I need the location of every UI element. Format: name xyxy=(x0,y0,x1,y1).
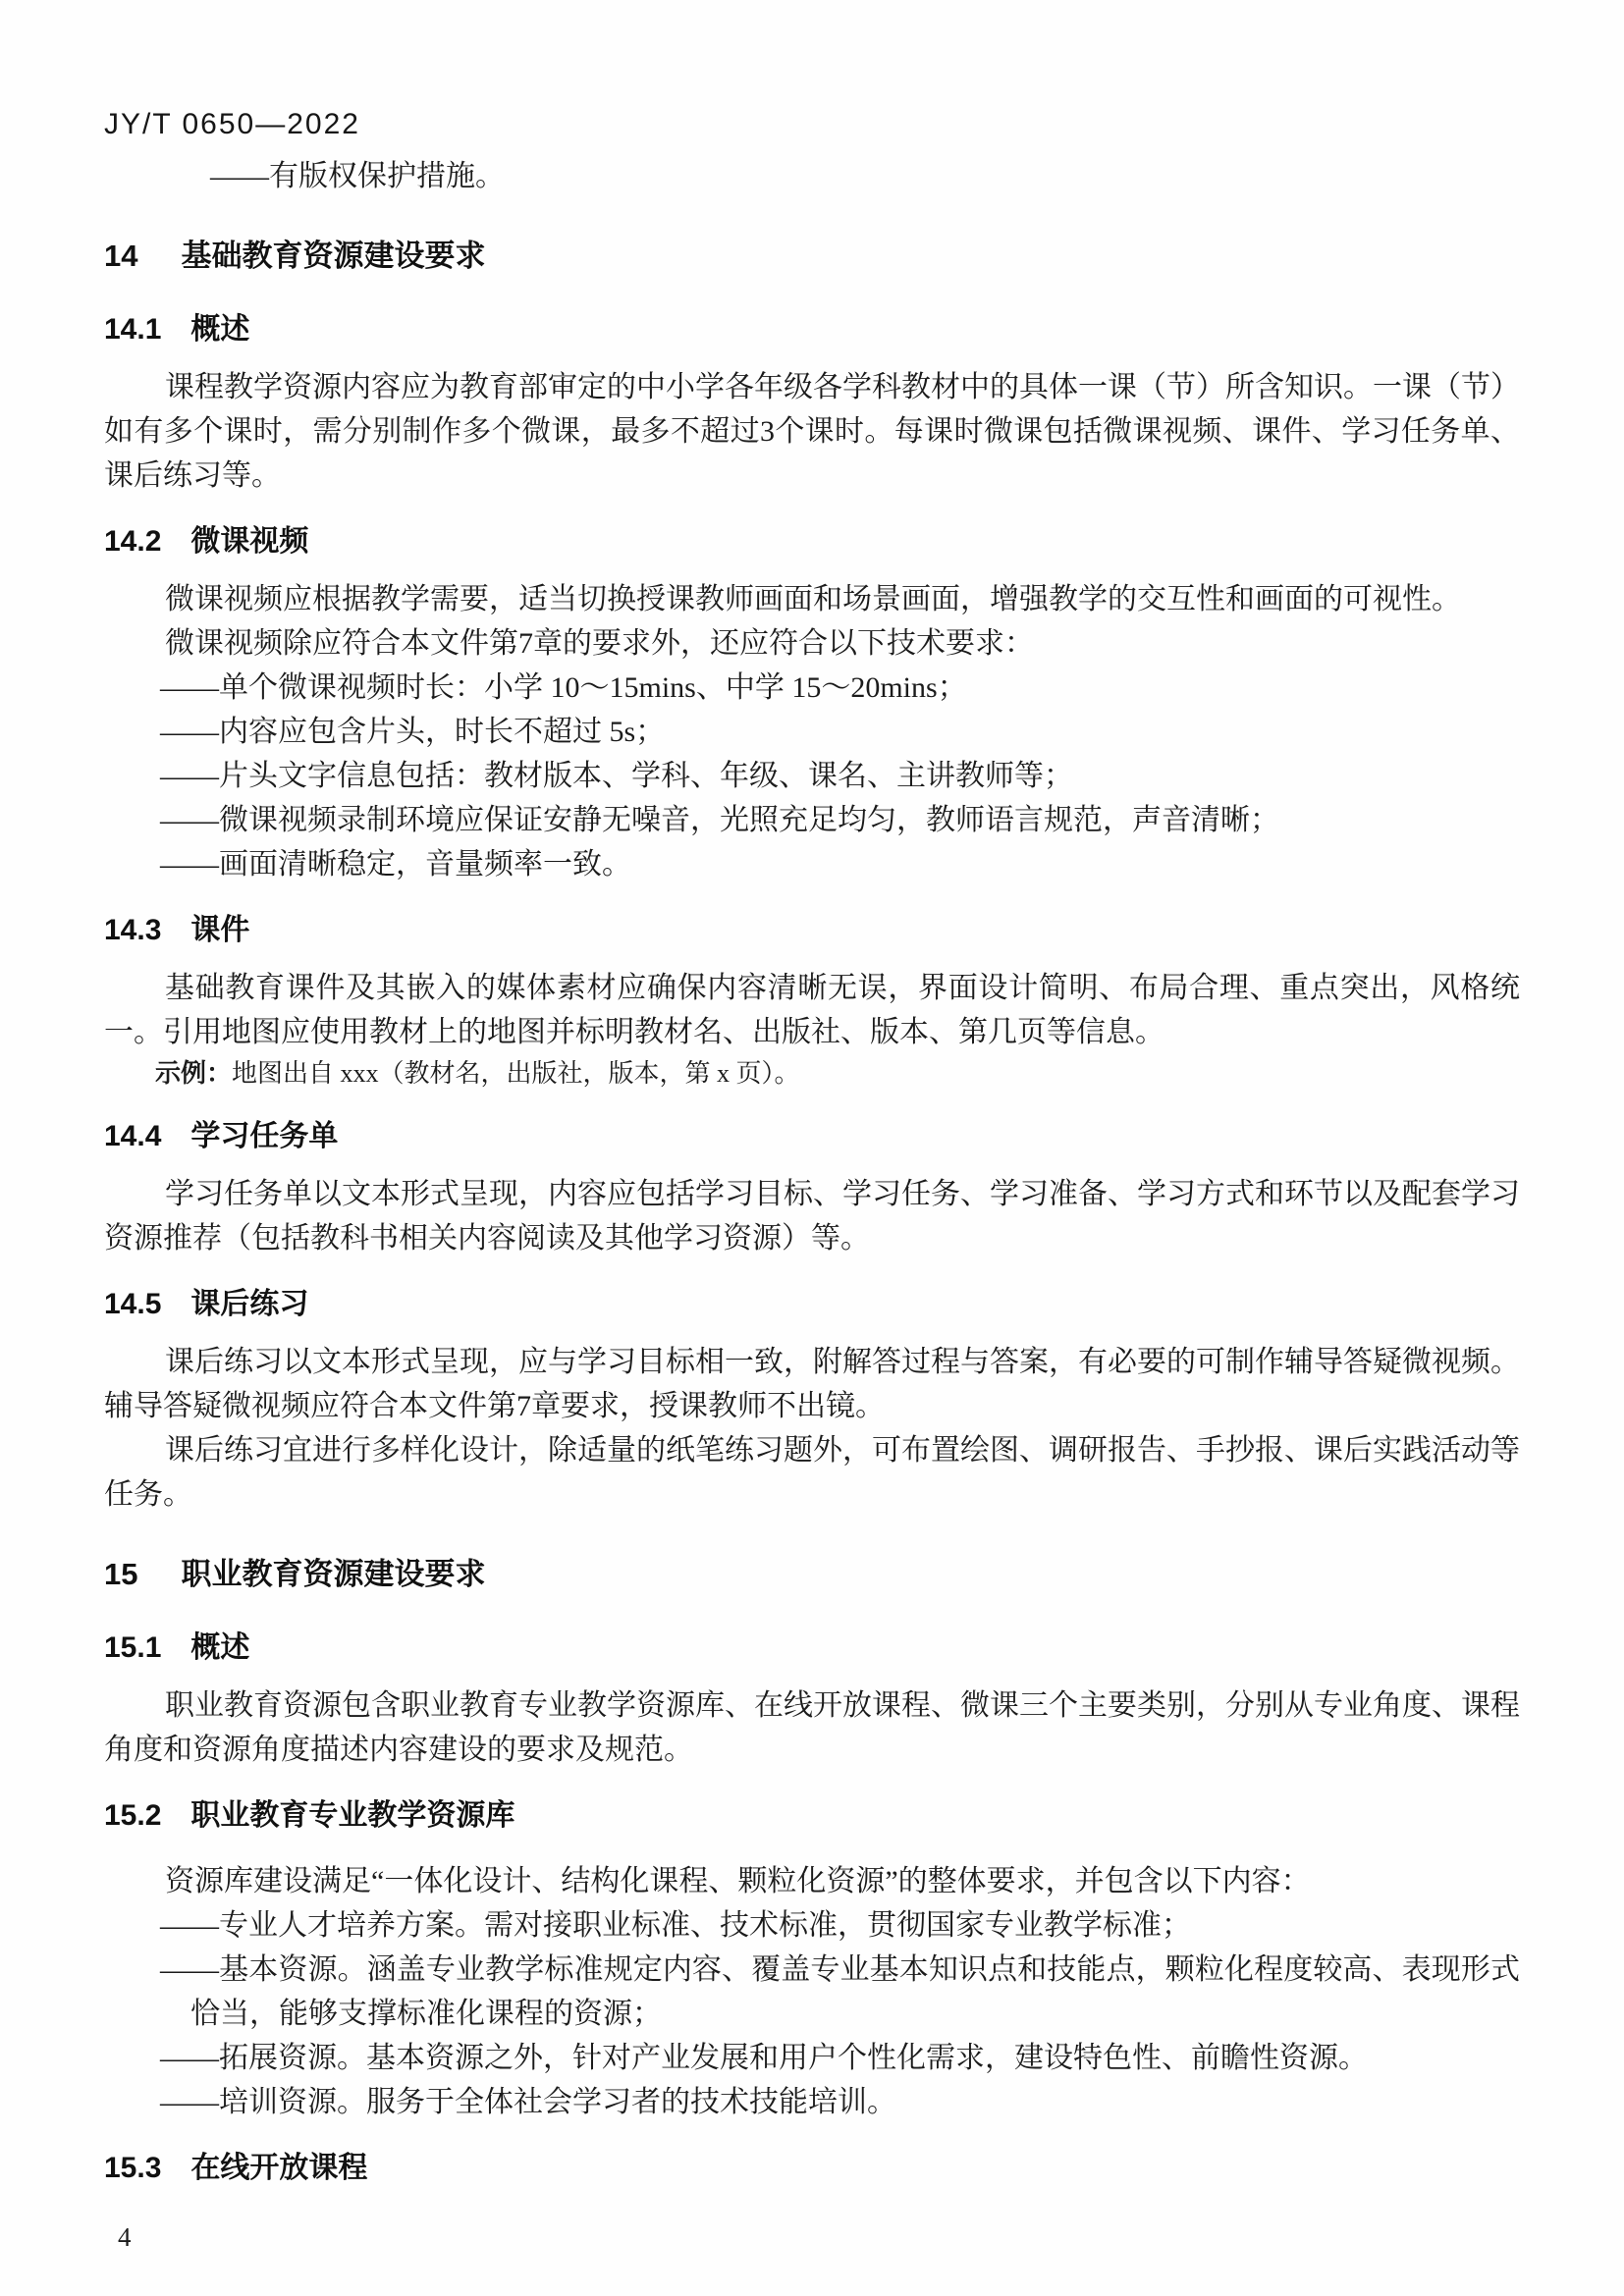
subsection-heading-15-2: 15.2职业教育专业教学资源库 xyxy=(104,1793,1520,1838)
section-number: 14 xyxy=(104,239,137,273)
paragraph: 微课视频应根据教学需要，适当切换授课教师画面和场景画面，增强教学的交互性和画面的… xyxy=(104,577,1520,621)
example-text: 地图出自 xxx（教材名，出版社，版本，第 x 页）。 xyxy=(232,1059,800,1088)
subsection-number: 14.1 xyxy=(104,313,161,346)
paragraph: 课程教学资源内容应为教育部审定的中小学各年级各学科教材中的具体一课（节）所含知识… xyxy=(104,365,1520,498)
page-content: JY/T 0650—2022 ——有版权保护措施。 14基础教育资源建设要求 1… xyxy=(0,0,1624,2190)
subsection-number: 14.2 xyxy=(104,525,161,558)
subsection-heading-14-1: 14.1概述 xyxy=(104,307,1520,351)
subsection-number: 15.1 xyxy=(104,1631,161,1664)
dash-list-item: ——培训资源。服务于全体社会学习者的技术技能培训。 xyxy=(104,2080,1520,2124)
subsection-title: 在线开放课程 xyxy=(190,2152,367,2184)
section-title: 基础教育资源建设要求 xyxy=(181,239,485,273)
subsection-title: 微课视频 xyxy=(190,525,308,558)
paragraph: 课后练习以文本形式呈现，应与学习目标相一致，附解答过程与答案，有必要的可制作辅导… xyxy=(104,1340,1520,1428)
subsection-number: 15.2 xyxy=(104,1799,161,1832)
dash-list-item: ——拓展资源。基本资源之外，针对产业发展和用户个性化需求，建设特色性、前瞻性资源… xyxy=(104,2036,1520,2080)
page-number: 4 xyxy=(118,2220,132,2254)
dash-list-item: ——画面清晰稳定，音量频率一致。 xyxy=(104,842,1520,886)
subsection-title: 概述 xyxy=(190,313,249,346)
subsection-title: 课件 xyxy=(190,914,249,946)
paragraph: 微课视频除应符合本文件第7章的要求外，还应符合以下技术要求： xyxy=(104,621,1520,666)
subsection-heading-14-3: 14.3课件 xyxy=(104,908,1520,952)
paragraph: 职业教育资源包含职业教育专业教学资源库、在线开放课程、微课三个主要类别，分别从专… xyxy=(104,1683,1520,1772)
dash-list-item: ——专业人才培养方案。需对接职业标准、技术标准，贯彻国家专业教学标准； xyxy=(104,1903,1520,1948)
subsection-heading-14-4: 14.4学习任务单 xyxy=(104,1114,1520,1158)
subsection-title: 学习任务单 xyxy=(190,1120,338,1152)
section-heading-15: 15职业教育资源建设要求 xyxy=(104,1552,1520,1596)
subsection-title: 课后练习 xyxy=(190,1288,308,1320)
subsection-title: 职业教育专业教学资源库 xyxy=(190,1799,514,1832)
dash-list-item: ——微课视频录制环境应保证安静无噪音，光照充足均匀，教师语言规范，声音清晰； xyxy=(104,798,1520,842)
dash-list-item: ——有版权保护措施。 xyxy=(104,154,1520,198)
subsection-heading-14-2: 14.2微课视频 xyxy=(104,519,1520,563)
dash-list-item: ——内容应包含片头，时长不超过 5s； xyxy=(104,710,1520,754)
section-heading-14: 14基础教育资源建设要求 xyxy=(104,234,1520,278)
paragraph: 学习任务单以文本形式呈现，内容应包括学习目标、学习任务、学习准备、学习方式和环节… xyxy=(104,1172,1520,1260)
example-label: 示例： xyxy=(155,1058,232,1088)
subsection-heading-14-5: 14.5课后练习 xyxy=(104,1282,1520,1326)
subsection-number: 14.4 xyxy=(104,1120,161,1152)
paragraph: 课后练习宜进行多样化设计，除适量的纸笔练习题外，可布置绘图、调研报告、手抄报、课… xyxy=(104,1428,1520,1517)
paragraph: 资源库建设满足“一体化设计、结构化课程、颗粒化资源”的整体要求，并包含以下内容： xyxy=(104,1859,1520,1903)
section-title: 职业教育资源建设要求 xyxy=(181,1557,485,1591)
standard-code-header: JY/T 0650—2022 xyxy=(104,102,1520,146)
subsection-heading-15-3: 15.3在线开放课程 xyxy=(104,2146,1520,2190)
dash-list-item: ——片头文字信息包括：教材版本、学科、年级、课名、主讲教师等； xyxy=(104,754,1520,798)
paragraph: 基础教育课件及其嵌入的媒体素材应确保内容清晰无误，界面设计简明、布局合理、重点突… xyxy=(104,966,1520,1054)
section-number: 15 xyxy=(104,1557,137,1591)
subsection-number: 15.3 xyxy=(104,2152,161,2184)
subsection-title: 概述 xyxy=(190,1631,249,1664)
subsection-number: 14.5 xyxy=(104,1288,161,1320)
dash-list-item: ——基本资源。涵盖专业教学标准规定内容、覆盖专业基本知识点和技能点，颗粒化程度较… xyxy=(104,1948,1520,2036)
subsection-number: 14.3 xyxy=(104,914,161,946)
subsection-heading-15-1: 15.1概述 xyxy=(104,1626,1520,1670)
example-note: 示例：地图出自 xxx（教材名，出版社，版本，第 x 页）。 xyxy=(104,1054,1520,1093)
document-page: JY/T 0650—2022 ——有版权保护措施。 14基础教育资源建设要求 1… xyxy=(0,0,1624,2296)
dash-list-item: ——单个微课视频时长：小学 10～15mins、中学 15～20mins； xyxy=(104,666,1520,710)
